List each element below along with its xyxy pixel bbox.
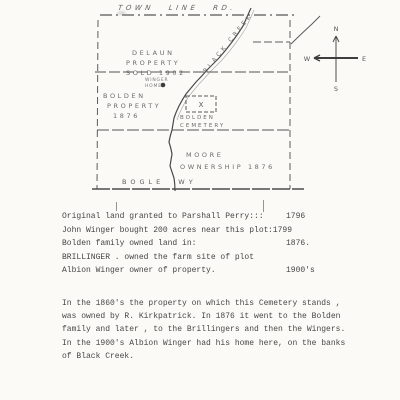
winger-home-label: WINGER HOME xyxy=(145,78,168,89)
compass-north-label: N xyxy=(334,25,339,33)
cemetery-label: BOLDEN CEMETERY xyxy=(180,114,225,130)
map-boundary-left xyxy=(97,20,98,189)
timeline-row: Bolden family owned land in: 1876. xyxy=(62,239,362,253)
compass-south-label: S xyxy=(334,85,338,93)
timeline-row-date: 1796 xyxy=(286,212,305,221)
timeline-row-label: Albion Winger owner of property. xyxy=(62,266,216,275)
parcel-west-name: BOLDEN xyxy=(103,92,146,100)
parcel-north-property: PROPERTY xyxy=(126,59,180,67)
timeline-row-label: John Winger bought 200 acres near this p… xyxy=(62,226,268,235)
timeline-row-label: Original land granted to Parshall Perry:… xyxy=(62,212,264,221)
parcel-north-name: DELAUN xyxy=(132,49,175,57)
parcel-south-detail: OWNERSHIP 1876 xyxy=(180,163,275,171)
parcel-west-year: 1876 xyxy=(113,112,140,120)
parcel-south-name: MOORE xyxy=(186,151,223,159)
ink-smudge xyxy=(117,11,126,15)
timeline-row-date: 1876. xyxy=(286,239,310,248)
road-label-bottom: BOGLE WY xyxy=(122,178,197,186)
timeline-row-date: 1900's xyxy=(286,266,315,275)
stray-tick-right xyxy=(263,200,264,212)
timeline-row: BRILLINGER . owned the farm site of plot xyxy=(62,253,362,266)
compass-rose: N W E S xyxy=(304,25,366,93)
history-paragraph: In the 1860's the property on which this… xyxy=(62,297,362,363)
timeline-row: John Winger bought 200 acres near this p… xyxy=(62,226,362,240)
timeline-row: Original land granted to Parshall Perry:… xyxy=(62,212,362,226)
creek-upper-reach xyxy=(291,16,320,44)
timeline-row: Albion Winger owner of property. 1900's xyxy=(62,266,362,280)
parcel-west-property: PROPERTY xyxy=(107,102,161,110)
parcel-north-sold: SOLD 1902 xyxy=(126,69,186,77)
timeline-row-label: BRILLINGER . owned the farm site of plot xyxy=(62,253,254,262)
road-label-town-line: TOWN LINE RD. xyxy=(117,4,236,12)
compass-west-label: W xyxy=(304,55,311,63)
timeline-row-label: Bolden family owned land in: xyxy=(62,239,196,248)
scanned-document-page: X N W E S TOWN LINE RD. DELAUN PROPERTY … xyxy=(0,0,400,400)
ownership-timeline: Original land granted to Parshall Perry:… xyxy=(62,212,362,279)
compass-east-label: E xyxy=(362,55,366,63)
timeline-row-date: :1799 xyxy=(268,226,292,235)
stray-tick-left xyxy=(116,202,117,211)
cemetery-x-marker: X xyxy=(199,101,204,109)
